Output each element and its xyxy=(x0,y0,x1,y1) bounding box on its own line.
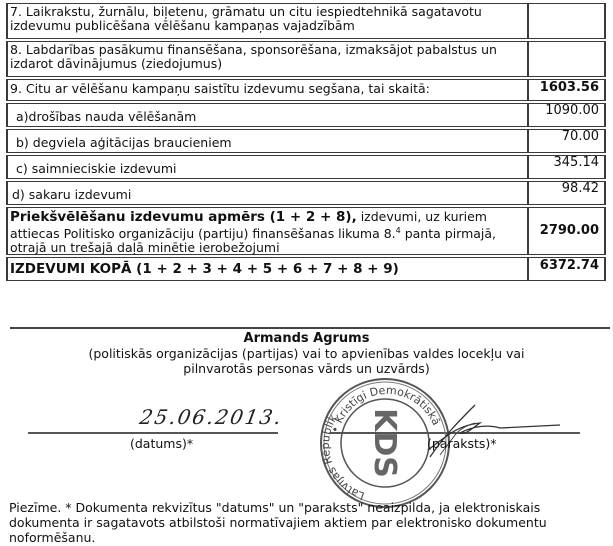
row-label: d) sakaru izdevumi xyxy=(8,182,529,204)
table-row: b) degviela aģitācijas braucieniem 70.00 xyxy=(6,129,606,153)
table-row: 8. Labdarības pasākumu finansēšana, spon… xyxy=(6,41,606,77)
caption-line: (politiskās organizācijas (partijas) vai… xyxy=(0,346,613,361)
table-row: c) saimnieciskie izdevumi 345.14 xyxy=(6,155,606,179)
row-value: 98.42 xyxy=(529,182,604,204)
date-line xyxy=(28,432,278,434)
table-row: 9. Citu ar vēlēšanu kampaņu saistītu izd… xyxy=(6,79,606,101)
name-line xyxy=(10,327,610,329)
date-label: (datums)* xyxy=(130,436,193,451)
signature-scribble-icon xyxy=(420,395,560,465)
footnote: Piezīme. * Dokumenta rekvizītus "datums"… xyxy=(9,500,609,545)
row-label: a)drošības nauda vēlēšanām xyxy=(8,104,529,126)
pre-election-label-bold: Priekšvēlēšanu izdevumu apmērs (1 + 2 + … xyxy=(10,209,357,225)
signatory-name: Armands Agrums xyxy=(0,331,613,346)
row-value: 70.00 xyxy=(529,130,604,152)
row-label: b) degviela aģitācijas braucieniem xyxy=(8,130,529,152)
signatory-caption: (politiskās organizācijas (partijas) vai… xyxy=(0,346,613,376)
table-row: d) sakaru izdevumi 98.42 xyxy=(6,181,606,205)
row-value xyxy=(529,4,604,38)
table-row-pre-election: Priekšvēlēšanu izdevumu apmērs (1 + 2 + … xyxy=(6,207,606,255)
stamp-logo: KDS xyxy=(367,408,402,478)
table-row-total: IZDEVUMI KOPĀ (1 + 2 + 3 + 4 + 5 + 6 + 7… xyxy=(6,257,606,281)
table-row: a)drošības nauda vēlēšanām 1090.00 xyxy=(6,103,606,127)
caption-line: pilnvarotās personas vārds un uzvārds) xyxy=(0,361,613,376)
row-value xyxy=(529,42,604,76)
row-value: 345.14 xyxy=(529,156,604,178)
row-label: 7. Laikrakstu, žurnālu, biļetenu, grāmat… xyxy=(8,4,529,38)
total-value: 6372.74 xyxy=(529,258,604,280)
row-value: 1603.56 xyxy=(529,80,604,100)
handwritten-date: 25.06.2013. xyxy=(138,405,285,429)
table-row: 7. Laikrakstu, žurnālu, biļetenu, grāmat… xyxy=(6,3,606,39)
row-value: 2790.00 xyxy=(529,208,604,254)
total-label: IZDEVUMI KOPĀ (1 + 2 + 3 + 4 + 5 + 6 + 7… xyxy=(8,258,529,280)
row-label: c) saimnieciskie izdevumi xyxy=(8,156,529,178)
row-label: 9. Citu ar vēlēšanu kampaņu saistītu izd… xyxy=(8,80,529,100)
row-label: Priekšvēlēšanu izdevumu apmērs (1 + 2 + … xyxy=(8,208,529,254)
signature-label: (paraksts)* xyxy=(427,436,497,451)
row-label: 8. Labdarības pasākumu finansēšana, spon… xyxy=(8,42,529,76)
row-value: 1090.00 xyxy=(529,104,604,126)
expenses-table: 7. Laikrakstu, žurnālu, biļetenu, grāmat… xyxy=(6,3,606,283)
